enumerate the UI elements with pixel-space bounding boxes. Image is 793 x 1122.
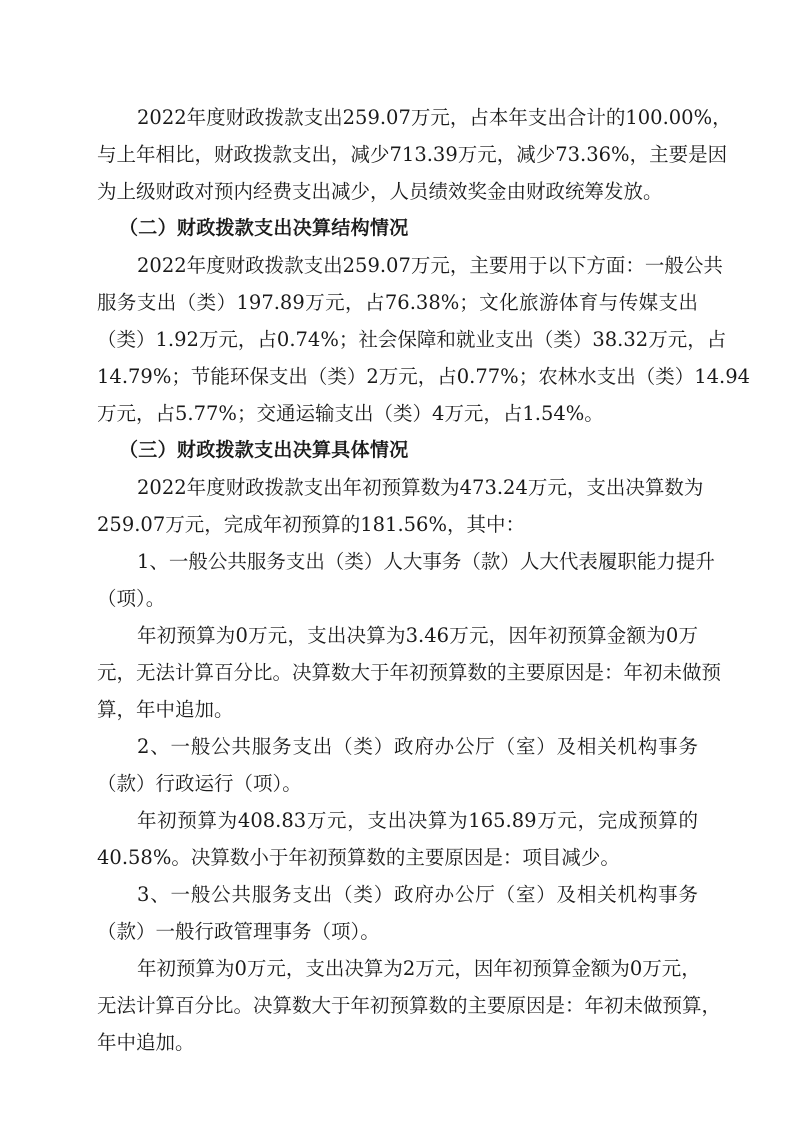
text-line: 服务支出（类）197.89万元，占76.38%；文化旅游体育与传媒支出 (97, 284, 698, 321)
text-line: 14.79%；节能环保支出（类）2万元，占0.77%；农林水支出（类）14.94 (97, 358, 698, 395)
item-2-title: 2、一般公共服务支出（类）政府办公厅（室）及相关机构事务 （款）行政运行（项）。 (97, 728, 698, 802)
text-line: 年初预算为0万元，支出决算为3.46万元，因年初预算金额为0万 (97, 617, 698, 654)
text-line: 与上年相比，财政拨款支出，减少713.39万元，减少73.36%，主要是因 (97, 136, 698, 173)
text-line: 万元，占5.77%；交通运输支出（类）4万元，占1.54%。 (97, 395, 698, 432)
text-line: 无法计算百分比。决算数大于年初预算数的主要原因是：年初未做预算， (97, 987, 698, 1024)
paragraph-structure: 2022年度财政拨款支出259.07万元，主要用于以下方面：一般公共 服务支出（… (97, 247, 698, 432)
item-3-title: 3、一般公共服务支出（类）政府办公厅（室）及相关机构事务 （款）一般行政管理事务… (97, 876, 698, 950)
item-2-body: 年初预算为408.83万元，支出决算为165.89万元，完成预算的 40.58%… (97, 802, 698, 876)
item-1-body: 年初预算为0万元，支出决算为3.46万元，因年初预算金额为0万 元，无法计算百分… (97, 617, 698, 728)
text-line: （款）行政运行（项）。 (97, 765, 698, 802)
text-line: 40.58%。决算数小于年初预算数的主要原因是：项目减少。 (97, 839, 698, 876)
item-1-title: 1、一般公共服务支出（类）人大事务（款）人大代表履职能力提升 （项）。 (97, 543, 698, 617)
text-line: 2022年度财政拨款支出259.07万元，占本年支出合计的100.00%， (97, 99, 698, 136)
document-page: 2022年度财政拨款支出259.07万元，占本年支出合计的100.00%， 与上… (97, 99, 698, 1061)
item-3-body: 年初预算为0万元，支出决算为2万元，因年初预算金额为0万元， 无法计算百分比。决… (97, 950, 698, 1061)
text-line: 元，无法计算百分比。决算数大于年初预算数的主要原因是：年初未做预 (97, 654, 698, 691)
text-line: 2、一般公共服务支出（类）政府办公厅（室）及相关机构事务 (97, 728, 698, 765)
text-line: （类）1.92万元，占0.74%；社会保障和就业支出（类）38.32万元，占 (97, 321, 698, 358)
text-line: 3、一般公共服务支出（类）政府办公厅（室）及相关机构事务 (97, 876, 698, 913)
paragraph-details-intro: 2022年度财政拨款支出年初预算数为473.24万元，支出决算数为 259.07… (97, 469, 698, 543)
text-line: （项）。 (97, 580, 698, 617)
text-line: 2022年度财政拨款支出259.07万元，主要用于以下方面：一般公共 (97, 247, 698, 284)
text-line: 年初预算为408.83万元，支出决算为165.89万元，完成预算的 (97, 802, 698, 839)
section-heading-structure: （二）财政拨款支出决算结构情况 (97, 210, 698, 247)
text-line: 算，年中追加。 (97, 691, 698, 728)
text-line: 为上级财政对预内经费支出减少，人员绩效奖金由财政统筹发放。 (97, 173, 698, 210)
text-line: 1、一般公共服务支出（类）人大事务（款）人大代表履职能力提升 (97, 543, 698, 580)
paragraph-summary: 2022年度财政拨款支出259.07万元，占本年支出合计的100.00%， 与上… (97, 99, 698, 210)
text-line: 2022年度财政拨款支出年初预算数为473.24万元，支出决算数为 (97, 469, 698, 506)
text-line: 259.07万元，完成年初预算的181.56%，其中： (97, 506, 698, 543)
text-line: 年初预算为0万元，支出决算为2万元，因年初预算金额为0万元， (97, 950, 698, 987)
section-heading-details: （三）财政拨款支出决算具体情况 (97, 432, 698, 469)
text-line: （款）一般行政管理事务（项）。 (97, 913, 698, 950)
text-line: 年中追加。 (97, 1024, 698, 1061)
